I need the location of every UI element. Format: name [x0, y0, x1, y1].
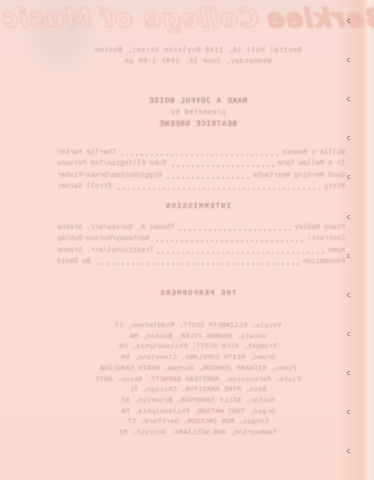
- program-row: Foundation Bo David: [57, 258, 345, 269]
- dot-leader: [119, 151, 279, 158]
- dot-leader: [152, 237, 304, 244]
- dot-leader: [178, 226, 292, 233]
- piece-credit: Higginbotham/Drake/Fisher: [57, 172, 162, 180]
- performer-line: Guitar, BILLY THOMPSON, Brooklyn, NY: [11, 396, 374, 407]
- piece-title: Misty: [324, 183, 345, 191]
- binding-hole-mark: c: [347, 96, 354, 104]
- program-second-half: Piano Medley Thomas A. Dorsey/arr. Green…: [57, 224, 345, 269]
- dot-leader: [165, 174, 250, 181]
- masthead-words-college-of-music: College of Music: [2, 4, 258, 34]
- piece-credit: Charlie Parker: [57, 149, 116, 157]
- venue-line: Recital Hall 1A, 1140 Boylston Street, B…: [11, 46, 374, 57]
- piece-title: Willie's Bounce: [282, 149, 345, 157]
- piece-credit: Traditional/arr. Greene: [57, 247, 154, 255]
- presenter-name: BEATRICE GREENE: [11, 119, 374, 130]
- binding-hole-mark: c: [347, 331, 354, 339]
- program-row: Good Morning Heartache Higginbotham/Drak…: [57, 172, 345, 183]
- dot-leader: [157, 249, 326, 256]
- piece-credit: Erroll Garner: [57, 183, 112, 191]
- piece-title: Piano Medley: [295, 224, 345, 232]
- piece-title: Good Morning Heartache: [253, 172, 345, 180]
- piece-title: Hymn: [328, 247, 345, 255]
- performer-line: Drums, KEITH COPELAND, Cleveland, OH: [11, 353, 374, 364]
- performer-line: Bass, MIKE HAMILTON, Chicago, IL: [11, 385, 374, 396]
- program-first-half: Willie's Bounce Charlie Parker In A Mell…: [57, 149, 345, 194]
- presented-by-label: presented by: [11, 108, 374, 119]
- performer-line: Vocals, SHARON TYLER, Boston, MA: [11, 332, 374, 343]
- piece-credit: Duke Ellington/Ted Persons: [57, 160, 166, 168]
- binding-hole-mark: c: [347, 448, 354, 456]
- performer-line: Organ, TONY WATSON, Philadelphia, PA: [11, 407, 374, 418]
- binding-hole-mark: c: [347, 409, 354, 417]
- performers-heading: THE PERFORMERS: [11, 290, 374, 298]
- piece-credit: Bo David: [57, 258, 91, 266]
- performer-line: Vocals, ELIZABETH SCOTT, Middletown, CT: [11, 321, 374, 332]
- binding-hole-mark: c: [347, 18, 354, 26]
- program-row: In A Mellow Tone Duke Ellington/Ted Pers…: [57, 160, 345, 171]
- binding-hole-mark: c: [347, 135, 354, 143]
- performer-line: Tambourine, BOB WILLIAMS, Detroit, MI: [11, 428, 374, 439]
- masthead: BerkleeCollege of Music: [11, 4, 374, 34]
- dot-leader: [94, 260, 300, 267]
- scanned-program-page: BerkleeCollege of Music Recital Hall 1A,…: [0, 0, 374, 480]
- recital-title: MAKE A JOYFUL NOISE: [11, 96, 374, 107]
- piece-title: Foundation: [303, 258, 345, 266]
- binding-hole-mark: c: [347, 370, 354, 378]
- masthead-word-berklee: Berklee: [266, 4, 374, 34]
- program-row: Willie's Bounce Charlie Parker: [57, 149, 345, 160]
- performer-line: Piano, RICHARD JOHNSON, Durham, NORTH CA…: [11, 364, 374, 375]
- performer-line: Congas, RON JACKSON, Hartford, CT: [11, 417, 374, 428]
- dot-leader: [115, 185, 321, 192]
- piece-title: In A Mellow Tone: [278, 160, 345, 168]
- binding-hole-mark: c: [347, 253, 354, 261]
- program-row: Piano Medley Thomas A. Dorsey/arr. Green…: [57, 224, 345, 235]
- piece-credit: Thomas A. Dorsey/arr. Greene: [57, 224, 175, 232]
- piece-credit: Hathaway/Hutson-Dunlap: [57, 235, 149, 243]
- binding-hole-mark: c: [347, 57, 354, 65]
- dot-leader: [169, 162, 275, 169]
- mirrored-showthrough-layer: BerkleeCollege of Music Recital Hall 1A,…: [11, 0, 374, 480]
- program-row: Hymn Traditional/arr. Greene: [57, 247, 345, 258]
- program-row: Contrast! Hathaway/Hutson-Dunlap: [57, 235, 345, 246]
- performers-list: Vocals, ELIZABETH SCOTT, Middletown, CT …: [11, 321, 374, 439]
- datetime-line: Wednesday, June 16, 1982 1:00 pm: [11, 57, 374, 68]
- piece-title: Contrast!: [307, 235, 345, 243]
- program-row: Misty Erroll Garner: [57, 183, 345, 194]
- binding-hole-mark: c: [347, 214, 354, 222]
- performer-line: Trumpet, RICK SCOTT, Philadelphia, PA: [11, 342, 374, 353]
- intermission-label: INTERMISSION: [11, 203, 374, 211]
- performer-line: Flute, Percussion, ARMSTEAD BARNETT, Akr…: [11, 375, 374, 386]
- binding-hole-mark: c: [347, 174, 354, 182]
- binding-hole-mark: c: [347, 292, 354, 300]
